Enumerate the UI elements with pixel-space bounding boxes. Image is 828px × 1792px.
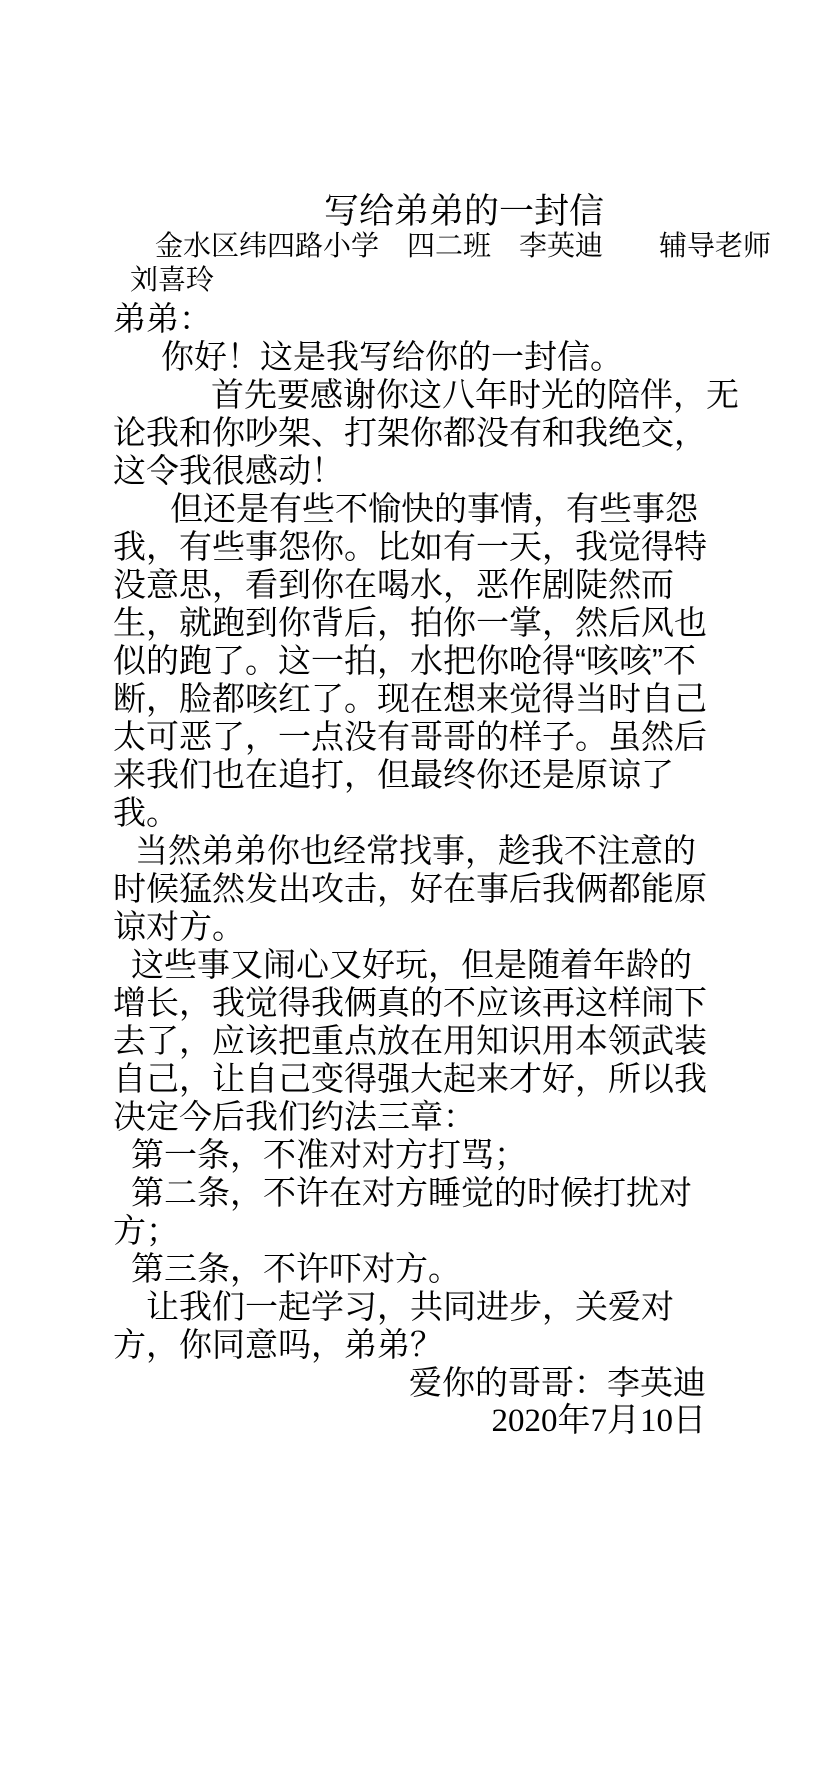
letter-body: 弟弟： 你好！这是我写给你的一封信。 首先要感谢你这八年时光的陪伴，无 论我和你… <box>113 300 716 1440</box>
body-line: 我，有些事怨你。比如有一天，我觉得特 <box>113 528 716 566</box>
byline-school-class-author-teacher: 金水区纬四路小学 四二班 李英迪 辅导老师 <box>155 229 771 262</box>
body-line: 断，脸都咳红了。现在想来觉得当时自己 <box>113 680 716 718</box>
body-line: 自己，让自己变得强大起来才好，所以我 <box>113 1060 716 1098</box>
body-line: 当然弟弟你也经常找事，趁我不注意的 <box>135 832 716 870</box>
body-line: 让我们一起学习，共同进步，关爱对 <box>146 1288 716 1326</box>
body-line: 方，你同意吗，弟弟？ <box>113 1326 716 1364</box>
body-line: 增长，我觉得我俩真的不应该再这样闹下 <box>113 984 716 1022</box>
body-line: 你好！这是我写给你的一封信。 <box>161 338 716 376</box>
body-line: 方； <box>113 1212 716 1250</box>
letter-document-page: 写给弟弟的一封信 金水区纬四路小学 四二班 李英迪 辅导老师 刘喜玲 弟弟： 你… <box>0 0 828 1792</box>
letter-title: 写给弟弟的一封信 <box>0 192 828 232</box>
body-line: 太可恶了，一点没有哥哥的样子。虽然后 <box>113 718 716 756</box>
body-line-rule-1: 第一条，不准对对方打骂； <box>131 1136 716 1174</box>
body-line: 这令我很感动！ <box>113 452 716 490</box>
body-line: 生，就跑到你背后，拍你一掌，然后风也 <box>113 604 716 642</box>
body-line: 时候猛然发出攻击，好在事后我俩都能原 <box>113 870 716 908</box>
body-line: 来我们也在追打，但最终你还是原谅了 <box>113 756 716 794</box>
body-line: 谅对方。 <box>113 908 716 946</box>
body-line-rule-2: 第二条，不许在对方睡觉的时候打扰对 <box>131 1174 716 1212</box>
body-line: 这些事又闹心又好玩，但是随着年龄的 <box>131 946 716 984</box>
body-line: 决定今后我们约法三章： <box>113 1098 716 1136</box>
body-line: 但还是有些不愉快的事情，有些事怨 <box>170 490 716 528</box>
signature-line: 爱你的哥哥：李英迪 <box>113 1364 716 1402</box>
body-line-rule-3: 第三条，不许吓对方。 <box>131 1250 716 1288</box>
date-line: 2020年7月10日 <box>113 1402 716 1440</box>
body-line: 没意思，看到你在喝水，恶作剧陡然而 <box>113 566 716 604</box>
body-line: 首先要感谢你这八年时光的陪伴，无 <box>211 376 716 414</box>
body-line: 似的跑了。这一拍，水把你呛得“咳咳”不 <box>113 642 716 680</box>
byline-teacher-name: 刘喜玲 <box>130 263 214 296</box>
salutation: 弟弟： <box>113 300 716 338</box>
body-line: 我。 <box>113 794 716 832</box>
body-line: 去了，应该把重点放在用知识用本领武装 <box>113 1022 716 1060</box>
body-line: 论我和你吵架、打架你都没有和我绝交， <box>113 414 716 452</box>
